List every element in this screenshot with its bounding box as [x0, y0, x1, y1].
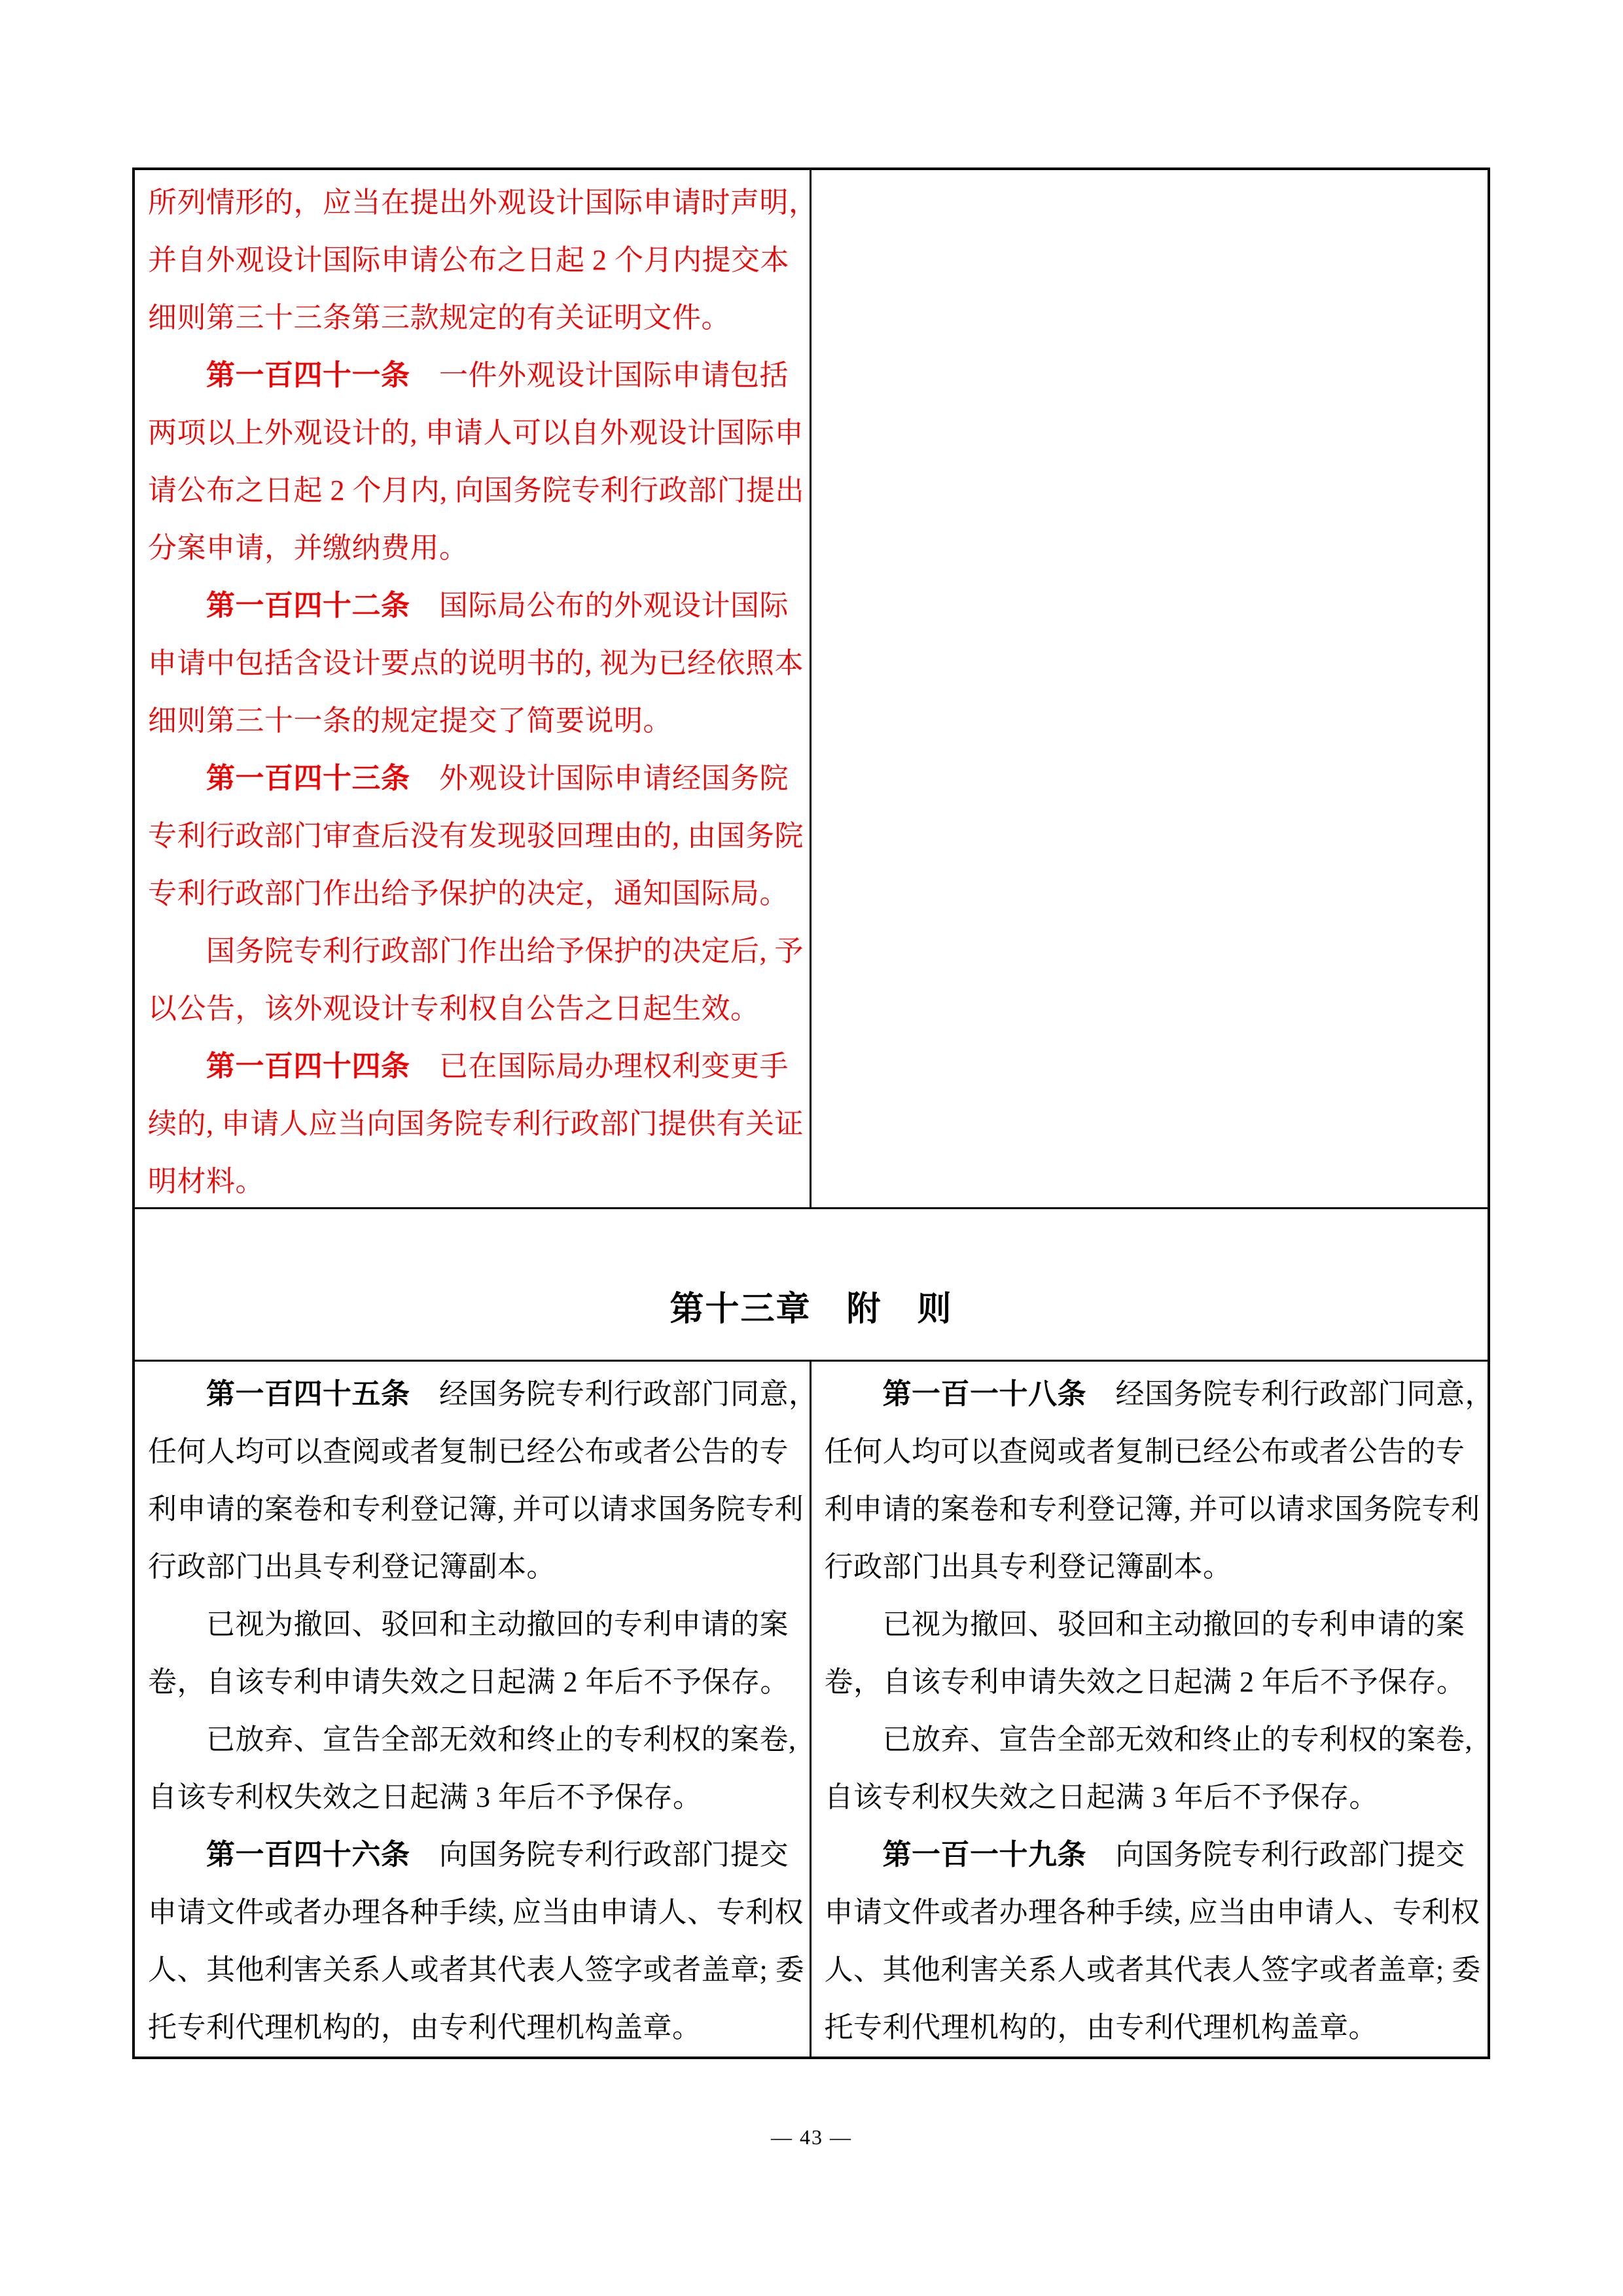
text-line: 任何人均可以查阅或者复制已经公布或者公告的专 [148, 1423, 799, 1481]
text-line: 已视为撤回、驳回和主动撤回的专利申请的案 [825, 1596, 1478, 1653]
article-number: 第一百四十三条 [206, 762, 410, 794]
text-line: 任何人均可以查阅或者复制已经公布或者公告的专 [825, 1423, 1478, 1481]
text-line: 续的, 申请人应当向国务院专利行政部门提供有关证 [148, 1095, 799, 1153]
text-line: 卷，自该专利申请失效之日起满 2 年后不予保存。 [825, 1653, 1478, 1711]
text-line: 并自外观设计国际申请公布之日起 2 个月内提交本 [148, 232, 799, 289]
text-line: 申请文件或者办理各种手续, 应当由申请人、专利权 [825, 1884, 1478, 1941]
text-line: 专利行政部门审查后没有发现驳回理由的, 由国务院 [148, 807, 799, 865]
article-number: 第一百四十二条 [206, 590, 410, 622]
text-line: 托专利代理机构的，由专利代理机构盖章。 [825, 1999, 1478, 2057]
article-number: 第一百四十四条 [206, 1050, 410, 1082]
amended-provisions-row: 所列情形的，应当在提出外观设计国际申请时声明，并自外观设计国际申请公布之日起 2… [135, 170, 1488, 1209]
text-line: 申请中包括含设计要点的说明书的, 视为已经依照本 [148, 635, 799, 692]
comparison-table: 所列情形的，应当在提出外观设计国际申请时声明，并自外观设计国际申请公布之日起 2… [132, 168, 1490, 2059]
text-line: 专利行政部门作出给予保护的决定，通知国际局。 [148, 865, 799, 923]
text-line: 分案申请，并缴纳费用。 [148, 520, 799, 577]
final-provisions-row: 第一百四十五条 经国务院专利行政部门同意，任何人均可以查阅或者复制已经公布或者公… [135, 1362, 1488, 2057]
text-line: 第一百四十三条 外观设计国际申请经国务院 [148, 750, 799, 807]
final-provisions-left-cell: 第一百四十五条 经国务院专利行政部门同意，任何人均可以查阅或者复制已经公布或者公… [135, 1362, 811, 2057]
article-number: 第一百一十九条 [883, 1839, 1087, 1871]
text-line: 以公告，该外观设计专利权自公告之日起生效。 [148, 980, 799, 1038]
text-line: 卷，自该专利申请失效之日起满 2 年后不予保存。 [148, 1653, 799, 1711]
article-number: 第一百一十八条 [883, 1378, 1087, 1410]
text-line: 已放弃、宣告全部无效和终止的专利权的案卷, [148, 1711, 799, 1769]
empty-comparison-cell [811, 170, 1488, 1207]
text-line: 行政部门出具专利登记簿副本。 [825, 1538, 1478, 1596]
text-line: 已视为撤回、驳回和主动撤回的专利申请的案 [148, 1596, 799, 1653]
text-line: 利申请的案卷和专利登记簿, 并可以请求国务院专利 [825, 1481, 1478, 1538]
text-line: 第一百一十八条 经国务院专利行政部门同意， [825, 1366, 1478, 1423]
text-line: 第一百四十六条 向国务院专利行政部门提交 [148, 1826, 799, 1884]
text-line: 第一百四十四条 已在国际局办理权利变更手 [148, 1038, 799, 1095]
article-number: 第一百四十一条 [206, 359, 410, 391]
text-line: 行政部门出具专利登记簿副本。 [148, 1538, 799, 1596]
text-line: 所列情形的，应当在提出外观设计国际申请时声明， [148, 174, 799, 232]
text-line: 人、其他利害关系人或者其代表人签字或者盖章; 委 [148, 1941, 799, 1999]
amended-provisions-cell: 所列情形的，应当在提出外观设计国际申请时声明，并自外观设计国际申请公布之日起 2… [135, 170, 811, 1207]
text-line: 明材料。 [148, 1153, 799, 1207]
final-provisions-right-cell: 第一百一十八条 经国务院专利行政部门同意，任何人均可以查阅或者复制已经公布或者公… [811, 1362, 1488, 2057]
text-line: 已放弃、宣告全部无效和终止的专利权的案卷, [825, 1711, 1478, 1769]
text-line: 国务院专利行政部门作出给予保护的决定后, 予 [148, 923, 799, 980]
text-line: 自该专利权失效之日起满 3 年后不予保存。 [825, 1769, 1478, 1826]
text-line: 托专利代理机构的，由专利代理机构盖章。 [148, 1999, 799, 2057]
page-number: — 43 — [0, 2125, 1623, 2149]
text-line: 第一百一十九条 向国务院专利行政部门提交 [825, 1826, 1478, 1884]
text-line: 利申请的案卷和专利登记簿, 并可以请求国务院专利 [148, 1481, 799, 1538]
text-line: 细则第三十三条第三款规定的有关证明文件。 [148, 289, 799, 347]
text-line: 人、其他利害关系人或者其代表人签字或者盖章; 委 [825, 1941, 1478, 1999]
chapter-heading-row: 第十三章 附 则 [135, 1209, 1488, 1362]
text-line: 第一百四十五条 经国务院专利行政部门同意， [148, 1366, 799, 1423]
article-number: 第一百四十六条 [206, 1839, 410, 1871]
article-number: 第一百四十五条 [206, 1378, 410, 1410]
text-line: 细则第三十一条的规定提交了简要说明。 [148, 692, 799, 750]
text-line: 自该专利权失效之日起满 3 年后不予保存。 [148, 1769, 799, 1826]
text-line: 申请文件或者办理各种手续, 应当由申请人、专利权 [148, 1884, 799, 1941]
text-line: 第一百四十二条 国际局公布的外观设计国际 [148, 577, 799, 635]
text-line: 两项以上外观设计的, 申请人可以自外观设计国际申 [148, 404, 799, 462]
chapter-heading: 第十三章 附 则 [669, 1281, 952, 1330]
text-line: 请公布之日起 2 个月内, 向国务院专利行政部门提出 [148, 462, 799, 520]
text-line: 第一百四十一条 一件外观设计国际申请包括 [148, 347, 799, 404]
